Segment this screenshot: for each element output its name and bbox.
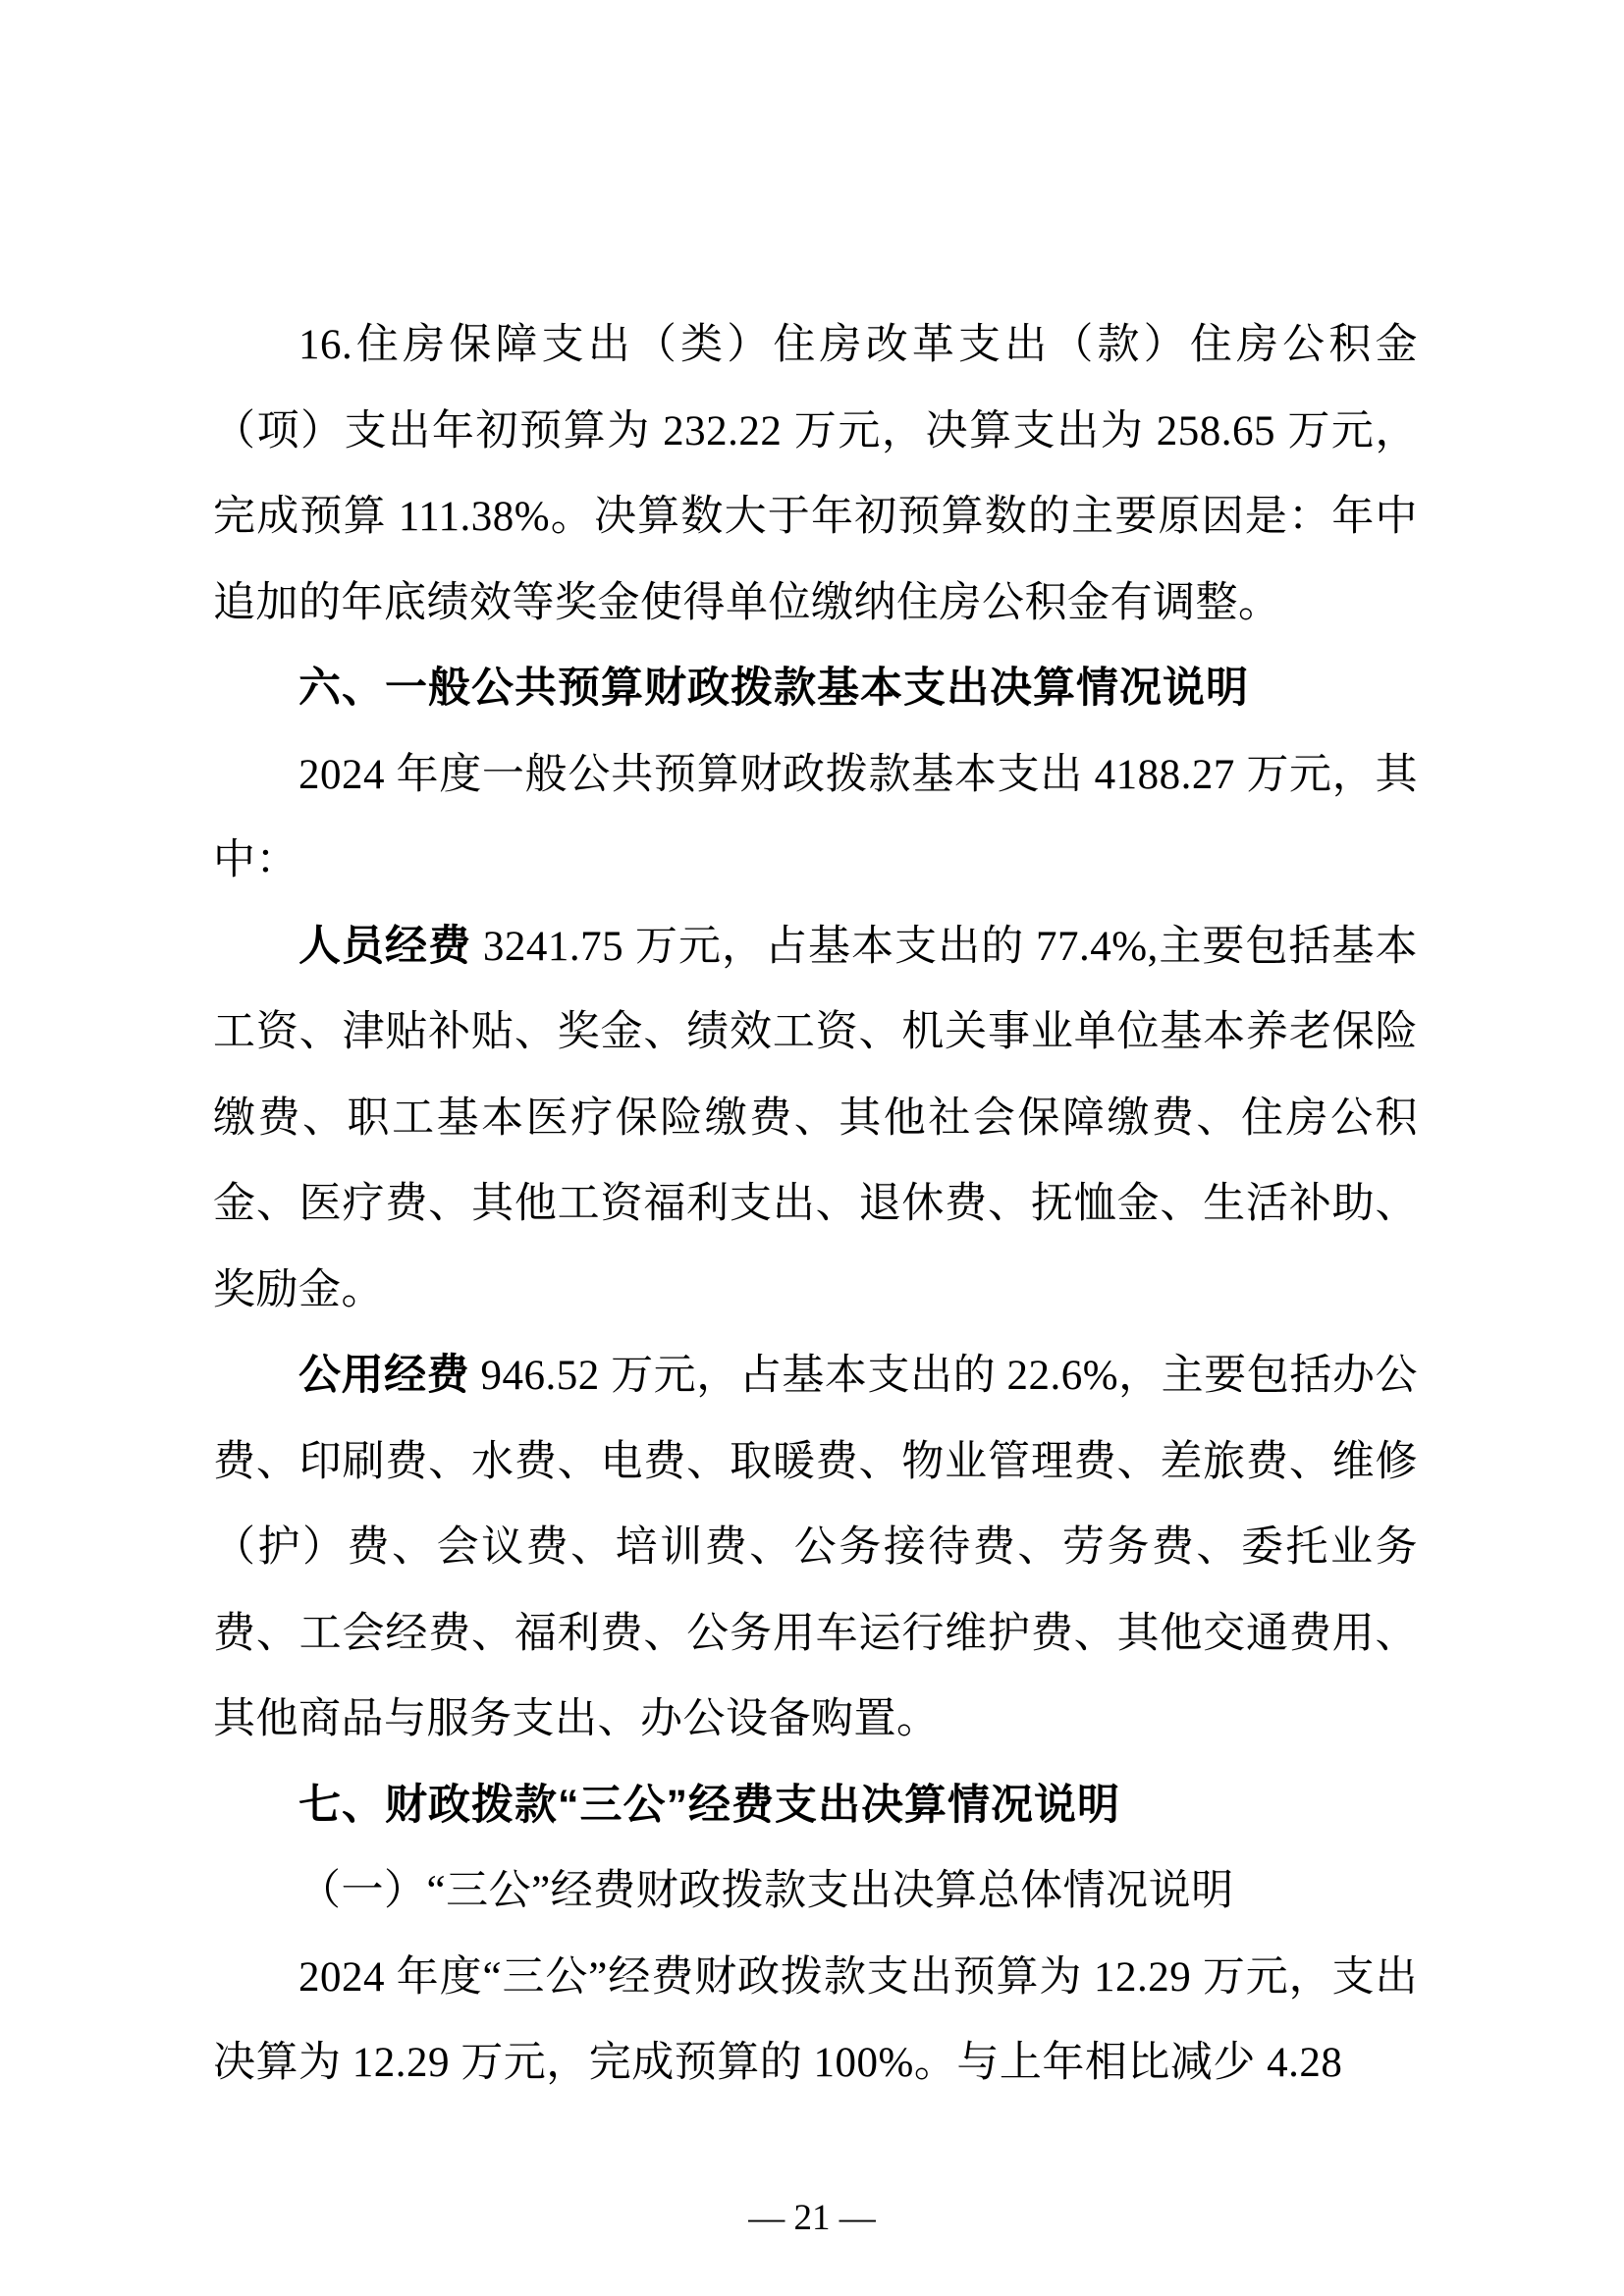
paragraph: 人员经费 3241.75 万元，占基本支出的 77.4%,主要包括基本工资、津贴…	[213, 904, 1418, 1334]
bold-lead-text: 六、一般公共预算财政拨款基本支出决算情况说明	[298, 665, 1249, 712]
section-heading: 六、一般公共预算财政拨款基本支出决算情况说明	[213, 646, 1418, 732]
paragraph: 2024 年度“三公”经费财政拨款支出预算为 12.29 万元，支出决算为 12…	[213, 1935, 1418, 2107]
page-number-footer: — 21 —	[0, 2197, 1624, 2240]
body-text: 946.52 万元，占基本支出的 22.6%，主要包括办公费、印刷费、水费、电费…	[213, 1353, 1418, 1742]
body-text: 16.住房保障支出（类）住房改革支出（款）住房公积金（项）支出年初预算为 232…	[213, 322, 1418, 626]
bold-lead-text: 人员经费	[298, 924, 471, 970]
paragraph: 2024 年度一般公共预算财政拨款基本支出 4188.27 万元，其中：	[213, 732, 1418, 904]
sub-section-heading: （一）“三公”经费财政拨款支出决算总体情况说明	[213, 1848, 1418, 1935]
body-text: 2024 年度“三公”经费财政拨款支出预算为 12.29 万元，支出决算为 12…	[213, 1954, 1418, 2087]
section-heading: 七、财政拨款“三公”经费支出决算情况说明	[213, 1763, 1418, 1849]
document-page: 16.住房保障支出（类）住房改革支出（款）住房公积金（项）支出年初预算为 232…	[0, 0, 1624, 2296]
body-text: 3241.75 万元，占基本支出的 77.4%,主要包括基本工资、津贴补贴、奖金…	[213, 924, 1418, 1313]
bold-lead-text: 公用经费	[298, 1353, 469, 1399]
body-text: （一）“三公”经费财政拨款支出决算总体情况说明	[298, 1868, 1234, 1914]
bold-lead-text: 七、财政拨款“三公”经费支出决算情况说明	[298, 1782, 1120, 1829]
paragraph: 16.住房保障支出（类）住房改革支出（款）住房公积金（项）支出年初预算为 232…	[213, 302, 1418, 646]
document-body: 16.住房保障支出（类）住房改革支出（款）住房公积金（项）支出年初预算为 232…	[213, 302, 1418, 2107]
body-text: 2024 年度一般公共预算财政拨款基本支出 4188.27 万元，其中：	[213, 752, 1418, 884]
paragraph: 公用经费 946.52 万元，占基本支出的 22.6%，主要包括办公费、印刷费、…	[213, 1333, 1418, 1763]
